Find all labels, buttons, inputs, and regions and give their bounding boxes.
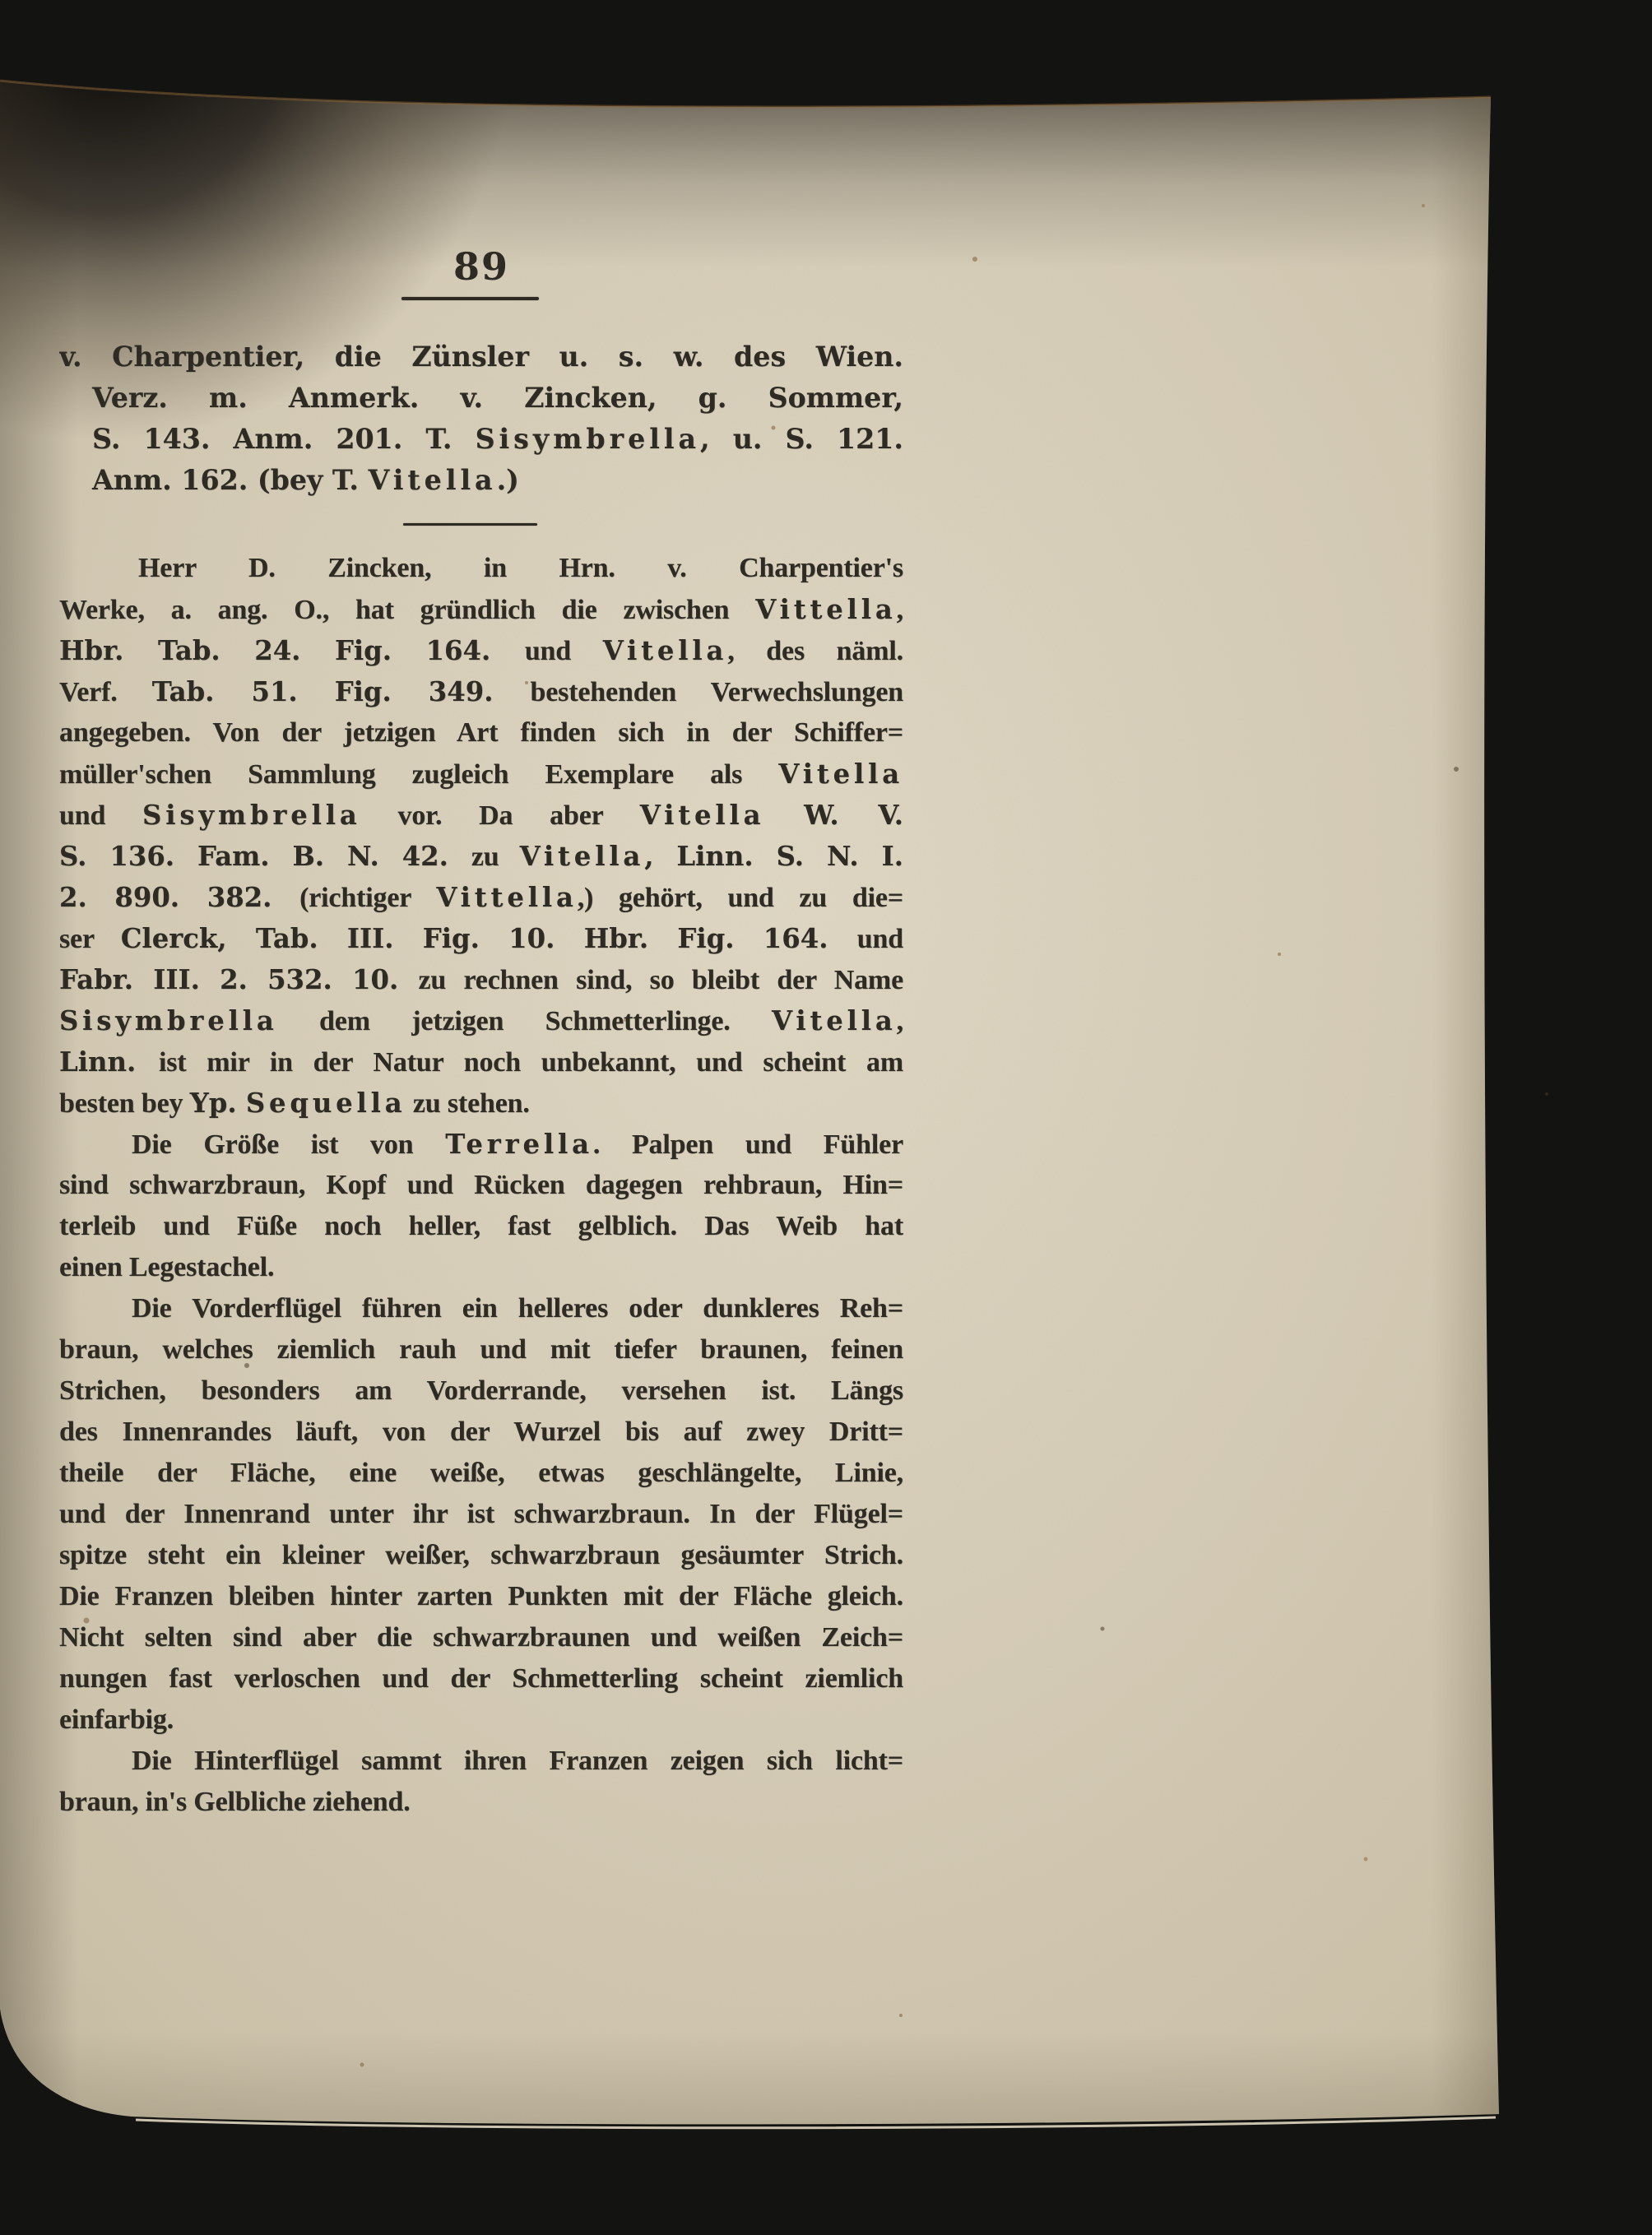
antiqua-citation-text: Hbr. Tab. 24. Fig. 164.: [59, 635, 525, 666]
german-fraktur-text: nungen fast verloschen und der Schmetter…: [59, 1663, 903, 1694]
german-fraktur-text: ist mir in der Natur noch unbekannt, und…: [159, 1047, 903, 1078]
page-number-rule: [401, 297, 539, 300]
body-line: einfarbig.: [59, 1699, 903, 1741]
german-fraktur-text: theile der Fläche, eine weiße, etwas ges…: [59, 1458, 903, 1488]
german-fraktur-text: Die Größe ist von: [132, 1129, 445, 1160]
german-fraktur-text: vor. Da aber: [361, 800, 640, 831]
body-line: 2. 890. 382. (richtiger Vittella,) gehör…: [59, 877, 903, 918]
antiqua-citation-text: , u. S. 121.: [700, 423, 903, 455]
species-name: Vittella: [755, 594, 896, 625]
antiqua-citation-text: Yp.: [190, 1087, 246, 1119]
antiqua-citation-text: S. 143. Anm. 201. T.: [92, 423, 476, 455]
german-fraktur-text: des Innenrandes läuft, von der Wurzel bi…: [59, 1417, 903, 1447]
german-fraktur-text: müller'schen Sammlung zugleich Exemplare…: [59, 759, 778, 790]
german-fraktur-text: ser: [59, 924, 121, 954]
species-name: Vitella: [520, 841, 645, 872]
body-line: müller'schen Sammlung zugleich Exemplare…: [59, 754, 903, 795]
antiqua-citation-text: Anm. 162. (bey T.: [92, 464, 369, 496]
german-fraktur-text: und: [59, 800, 142, 831]
antiqua-citation-text: 2. 890. 382.: [59, 882, 299, 913]
body-line: theile der Fläche, eine weiße, etwas ges…: [59, 1453, 903, 1494]
body-line: Fabr. III. 2. 532. 10. zu rechnen sind, …: [59, 959, 903, 1000]
body-line: Herr D. Zincken, in Hrn. v. Charpentier'…: [59, 548, 903, 589]
antiqua-citation-text: Linn.: [59, 1046, 159, 1078]
german-fraktur-text: angegeben. Von der jetzigen Art finden s…: [59, 717, 903, 748]
german-fraktur-text: und der Innenrand unter ihr ist schwarzb…: [59, 1499, 903, 1529]
species-name: Terrella: [445, 1129, 593, 1160]
header-line: S. 143. Anm. 201. T. Sisymbrella, u. S. …: [59, 419, 903, 460]
body-line: besten bey Yp. Sequella zu stehen.: [59, 1083, 903, 1124]
species-name: Vitella: [772, 1005, 897, 1036]
section-divider-rule: [403, 523, 537, 526]
german-fraktur-text: ,: [897, 1006, 903, 1036]
body-line: Strichen, besonders am Vorderrande, vers…: [59, 1370, 903, 1412]
german-fraktur-text: braun, welches ziemlich rauh und mit tie…: [59, 1334, 903, 1365]
german-fraktur-text: (richtiger: [299, 883, 436, 913]
reference-header: v. Charpentier, die Zünsler u. s. w. des…: [59, 336, 903, 501]
german-fraktur-text: besten bey: [59, 1088, 190, 1119]
german-fraktur-text: zu: [471, 842, 520, 872]
antiqua-citation-text: Tab. 51. Fig. 349.: [152, 676, 531, 707]
body-line: des Innenrandes läuft, von der Wurzel bi…: [59, 1412, 903, 1453]
body-line: S. 136. Fam. B. N. 42. zu Vitella, Linn.…: [59, 836, 903, 877]
german-fraktur-text: Die Franzen bleiben hinter zarten Punkte…: [59, 1581, 903, 1611]
body-line: Linn. ist mir in der Natur noch unbekann…: [59, 1041, 903, 1083]
german-fraktur-text: dem jetzigen Schmetterlinge.: [278, 1006, 772, 1036]
species-name: Sequella: [246, 1087, 406, 1119]
german-fraktur-text: terleib und Füße noch heller, fast gelbl…: [59, 1211, 903, 1241]
body-line: Die Größe ist von Terrella. Palpen und F…: [59, 1124, 903, 1165]
body-line: Nicht selten sind aber die schwarzbraune…: [59, 1617, 903, 1658]
body-line: spitze steht ein kleiner weißer, schwarz…: [59, 1535, 903, 1576]
german-fraktur-text: sind schwarzbraun, Kopf und Rücken dageg…: [59, 1170, 903, 1200]
species-name: Vitella: [369, 464, 497, 496]
body-line: Hbr. Tab. 24. Fig. 164. und Vitella, des…: [59, 630, 903, 671]
german-fraktur-text: Werke, a. ang. O., hat gründlich die zwi…: [59, 595, 755, 625]
species-name: Sisymbrella: [59, 1005, 278, 1036]
body-line: braun, welches ziemlich rauh und mit tie…: [59, 1329, 903, 1370]
body-line: und der Innenrand unter ihr ist schwarzb…: [59, 1494, 903, 1535]
german-fraktur-text: und: [525, 636, 603, 666]
body-line: Die Hinterflügel sammt ihren Franzen zei…: [59, 1741, 903, 1782]
body-line: nungen fast verloschen und der Schmetter…: [59, 1658, 903, 1699]
german-fraktur-text: einfarbig.: [59, 1704, 174, 1735]
species-name: Vitella: [603, 635, 728, 666]
header-line: Verz. m. Anmerk. v. Zincken, g. Sommer,: [59, 378, 903, 419]
species-name: Vitella: [778, 758, 903, 790]
antiqua-citation-text: S. 136. Fam. B. N. 42.: [59, 841, 471, 872]
body-line: Die Franzen bleiben hinter zarten Punkte…: [59, 1576, 903, 1617]
body-line: Die Vorderflügel führen ein helleres ode…: [59, 1288, 903, 1329]
body-line: einen Legestachel.: [59, 1247, 903, 1288]
scanned-book-page: 89 v. Charpentier, die Zünsler u. s. w. …: [0, 0, 1652, 2235]
german-fraktur-text: zu stehen.: [406, 1088, 530, 1119]
body-line: angegeben. Von der jetzigen Art finden s…: [59, 712, 903, 754]
species-name: Sisymbrella: [476, 423, 700, 455]
german-fraktur-text: einen Legestachel.: [59, 1252, 274, 1282]
species-name: Vitella: [640, 800, 765, 831]
body-line: ser Clerck, Tab. III. Fig. 10. Hbr. Fig.…: [59, 918, 903, 959]
body-line: sind schwarzbraun, Kopf und Rücken dageg…: [59, 1165, 903, 1206]
german-fraktur-text: zu rechnen sind, so bleibt der Name: [418, 965, 903, 995]
antiqua-citation-text: W. V.: [764, 800, 903, 831]
german-fraktur-text: Strichen, besonders am Vorderrande, vers…: [59, 1375, 903, 1406]
body-line: terleib und Füße noch heller, fast gelbl…: [59, 1206, 903, 1247]
german-fraktur-text: Herr D. Zincken, in Hrn. v. Charpentier'…: [138, 553, 903, 583]
body-line: Sisymbrella dem jetzigen Schmetterlinge.…: [59, 1000, 903, 1041]
antiqua-citation-text: .): [497, 464, 519, 496]
species-name: Sisymbrella: [142, 800, 361, 831]
antiqua-citation-text: , Linn. S. N. I.: [644, 841, 903, 872]
german-fraktur-text: ,: [897, 595, 903, 625]
german-fraktur-text: , des näml.: [727, 636, 903, 666]
body-text: Herr D. Zincken, in Hrn. v. Charpentier'…: [59, 548, 903, 1823]
german-fraktur-text: Die Vorderflügel führen ein helleres ode…: [132, 1293, 903, 1324]
species-name: Vittella: [436, 882, 577, 913]
antiqua-citation-text: Fabr. III. 2. 532. 10.: [59, 964, 418, 995]
german-fraktur-text: braun, in's Gelbliche ziehend.: [59, 1787, 411, 1817]
body-line: Verf. Tab. 51. Fig. 349. bestehenden Ver…: [59, 671, 903, 712]
german-fraktur-text: Die Hinterflügel sammt ihren Franzen zei…: [132, 1746, 903, 1776]
german-fraktur-text: und: [857, 924, 903, 954]
header-line: v. Charpentier, die Zünsler u. s. w. des…: [59, 336, 903, 378]
header-line: Anm. 162. (bey T. Vitella.): [59, 460, 903, 501]
german-fraktur-text: Nicht selten sind aber die schwarzbraune…: [59, 1622, 903, 1653]
page-number: 89: [59, 244, 903, 289]
german-fraktur-text: spitze steht ein kleiner weißer, schwarz…: [59, 1540, 903, 1570]
german-fraktur-text: Verf.: [59, 677, 152, 707]
body-line: braun, in's Gelbliche ziehend.: [59, 1782, 903, 1823]
body-line: Werke, a. ang. O., hat gründlich die zwi…: [59, 589, 903, 630]
antiqua-citation-text: Clerck, Tab. III. Fig. 10. Hbr. Fig. 164…: [121, 923, 857, 954]
antiqua-citation-text: Verz. m. Anmerk. v. Zincken, g. Sommer,: [92, 382, 903, 414]
german-fraktur-text: ,) gehört, und zu die=: [578, 883, 903, 913]
german-fraktur-text: bestehenden Verwechslungen: [531, 677, 903, 707]
antiqua-citation-text: v. Charpentier, die Zünsler u. s. w. des…: [59, 341, 903, 373]
body-line: und Sisymbrella vor. Da aber Vitella W. …: [59, 795, 903, 836]
german-fraktur-text: . Palpen und Fühler: [593, 1129, 903, 1160]
